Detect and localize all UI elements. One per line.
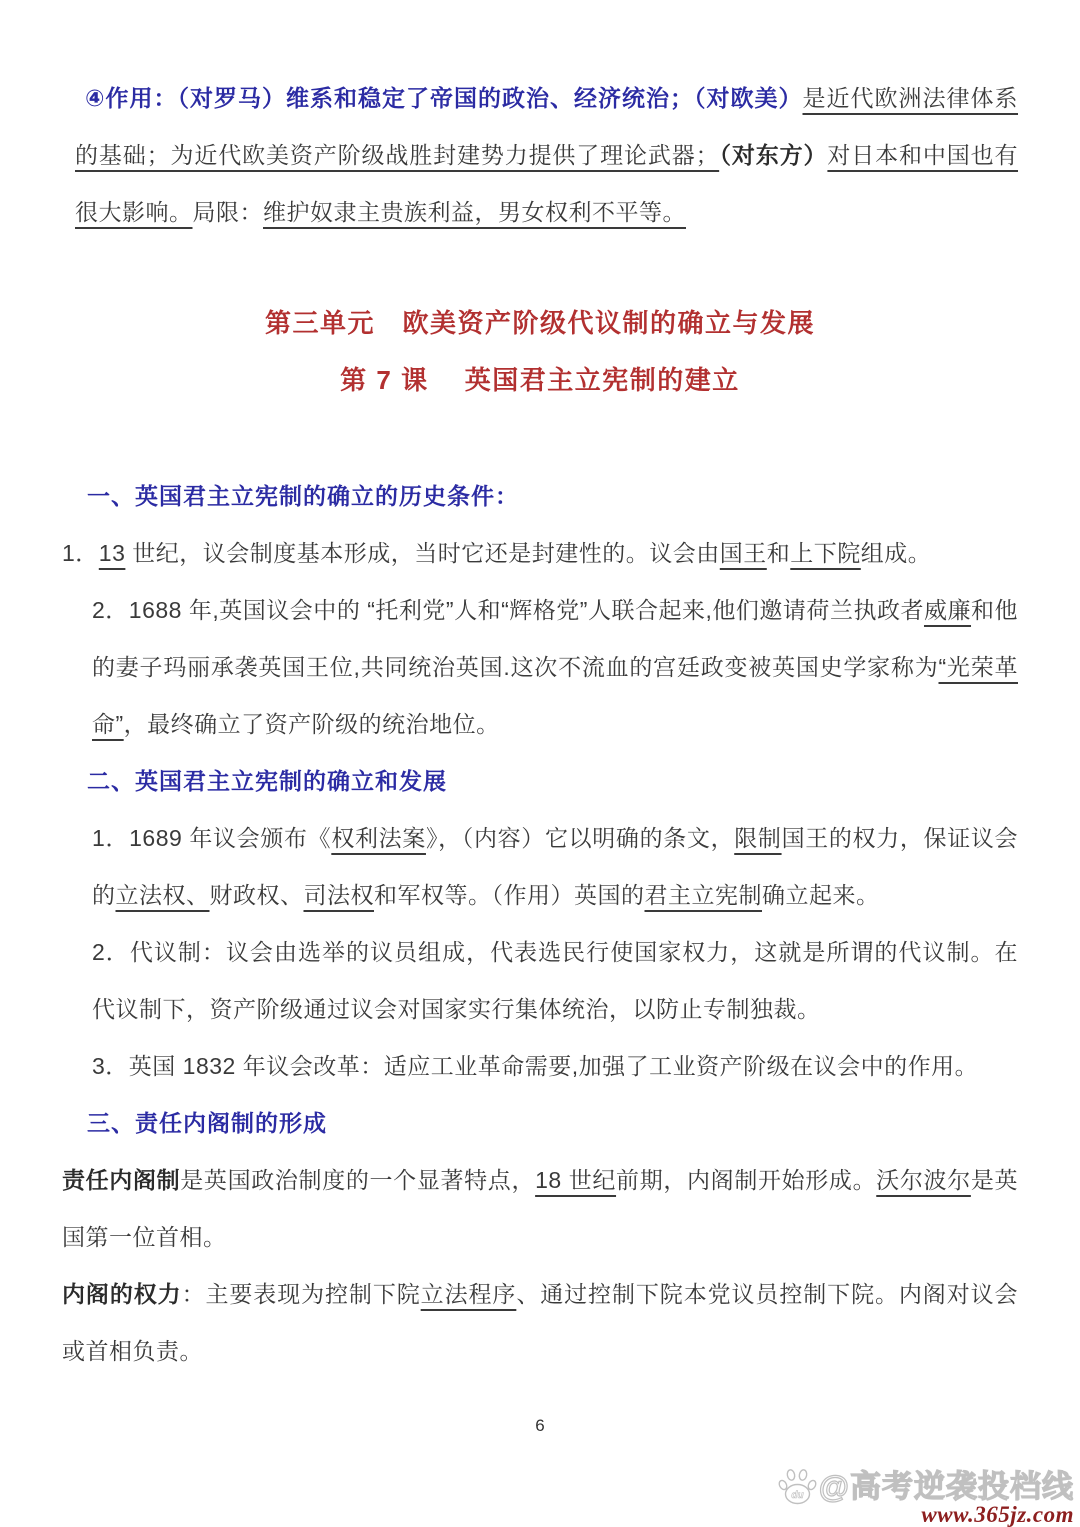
roman-law-role-paragraph: ④作用：（对罗马）维系和稳定了帝国的政治、经济统治；（对欧美）是近代欧洲法律体系… bbox=[75, 70, 1018, 241]
section-2-point-3: 3．英国 1832 年议会改革：适应工业革命需要,加强了工业资产阶级在议会中的作… bbox=[92, 1038, 1018, 1095]
text-run: （对东方） bbox=[719, 142, 827, 168]
text-run: 财政权、 bbox=[210, 882, 304, 908]
unit-title: 第三单元 欧美资产阶级代议制的确立与发展 bbox=[62, 295, 1018, 352]
text-run: 立法权、 bbox=[116, 882, 210, 908]
text-run: 局限： bbox=[193, 199, 264, 225]
text-run: ：主要表现为控制下院 bbox=[182, 1281, 421, 1307]
text-run: 维护奴隶主贵族利益，男女权利不平等。 bbox=[263, 199, 686, 225]
text-run: 18 世纪 bbox=[535, 1167, 616, 1193]
site-watermark: du @高考逆袭投档线 www.365jz.com bbox=[778, 1466, 1074, 1527]
lesson-title: 第 7 课 英国君主立宪制的建立 bbox=[62, 352, 1018, 409]
cabinet-system-paragraph: 责任内阁制是英国政治制度的一个显著特点，18 世纪前期，内阁制开始形成。沃尔波尔… bbox=[62, 1152, 1018, 1266]
text-run: 国王 bbox=[720, 540, 767, 566]
text-run: 1． bbox=[62, 540, 99, 566]
text-run: 确立起来。 bbox=[762, 882, 880, 908]
text-run: 司法权 bbox=[304, 882, 375, 908]
text-run: 内阁的权力 bbox=[62, 1281, 182, 1307]
text-run: 组成。 bbox=[861, 540, 932, 566]
section-1-point-1: 1．13 世纪，议会制度基本形成，当时它还是封建性的。议会由国王和上下院组成。 bbox=[62, 525, 1018, 582]
section-3-heading: 三、责任内阁制的形成 bbox=[87, 1095, 1018, 1152]
section-1-point-2: 2．1688 年,英国议会中的 “托利党”人和“辉格党”人联合起来,他们邀请荷兰… bbox=[92, 582, 1018, 753]
text-run: 上下院 bbox=[790, 540, 861, 566]
page-number: 6 bbox=[535, 1416, 544, 1435]
text-run: 和军权等。（作用）英国的 bbox=[374, 882, 645, 908]
text-run: 立法程序 bbox=[421, 1281, 517, 1307]
text-run: 威廉 bbox=[924, 597, 971, 623]
section-1-heading: 一、英国君主立宪制的确立的历史条件： bbox=[87, 468, 1018, 525]
text-run: 》，（内容）它以明确的条文， bbox=[426, 825, 734, 851]
text-run: 2．1688 年,英国议会中的 “托利党”人和“辉格党”人联合起来,他们邀请荷兰… bbox=[92, 597, 924, 623]
text-run: 1．1689 年议会颁布《 bbox=[92, 825, 331, 851]
text-run: ④作用：（对罗马）维系和稳定了帝国的政治、经济统治；（对欧美） bbox=[85, 85, 803, 111]
section-2-point-2: 2．代议制：议会由选举的议员组成，代表选民行使国家权力，这就是所谓的代议制。在代… bbox=[92, 924, 1018, 1038]
baidu-paw-icon: du bbox=[778, 1466, 818, 1508]
text-run: 13 bbox=[99, 540, 126, 566]
watermark-url: www.365jz.com bbox=[778, 1503, 1074, 1527]
section-2-heading: 二、英国君主立宪制的确立和发展 bbox=[87, 753, 1018, 810]
text-run: 世纪，议会制度基本形成，当时它还是封建性的。议会由 bbox=[125, 540, 719, 566]
section-2-point-1: 1．1689 年议会颁布《权利法案》，（内容）它以明确的条文，限制国王的权力，保… bbox=[92, 810, 1018, 924]
text-run: 君主立宪制 bbox=[645, 882, 763, 908]
text-run: 责任内阁制 bbox=[62, 1167, 180, 1193]
text-run: 前期，内阁制开始形成。 bbox=[616, 1167, 876, 1193]
watermark-handle: @高考逆袭投档线 bbox=[819, 1469, 1074, 1505]
text-run: 和 bbox=[767, 540, 791, 566]
text-run: 沃尔波尔 bbox=[876, 1167, 971, 1193]
chapter-titles: 第三单元 欧美资产阶级代议制的确立与发展 第 7 课 英国君主立宪制的建立 bbox=[62, 295, 1018, 409]
text-run: 是英国政治制度的一个显著特点， bbox=[180, 1167, 535, 1193]
text-run: 限制 bbox=[734, 825, 781, 851]
paw-du-label: du bbox=[791, 1490, 803, 1501]
text-run: 权利法案 bbox=[331, 825, 426, 851]
page-footer: 6 bbox=[62, 1406, 1018, 1446]
text-run: ，最终确立了资产阶级的统治地位。 bbox=[124, 711, 500, 737]
document-page: ④作用：（对罗马）维系和稳定了帝国的政治、经济统治；（对欧美）是近代欧洲法律体系… bbox=[0, 0, 1080, 1446]
cabinet-power-paragraph: 内阁的权力：主要表现为控制下院立法程序、通过控制下院本党议员控制下院。内阁对议会… bbox=[62, 1266, 1018, 1380]
